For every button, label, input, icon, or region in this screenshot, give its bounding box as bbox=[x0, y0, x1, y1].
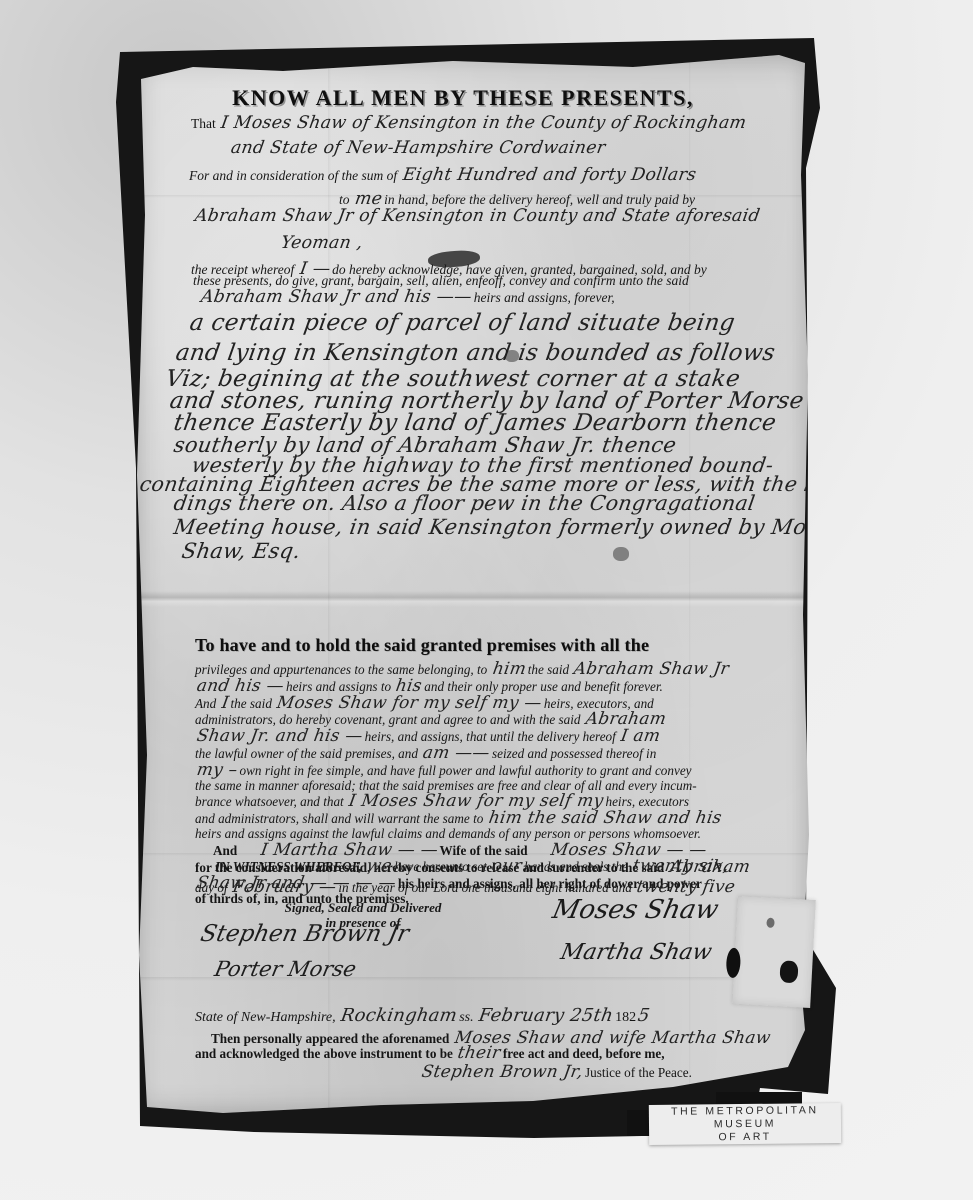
handwritten-text: a certain piece of parcel of land situat… bbox=[186, 310, 739, 336]
handwritten-text: Abraham Shaw Jr bbox=[571, 661, 732, 676]
printed-text: own right in fee simple, and have full p… bbox=[240, 763, 692, 778]
handwritten-text: February 25th bbox=[475, 1005, 616, 1026]
printed-text: ss. bbox=[459, 1010, 477, 1025]
witness-signature: Stephen Brown Jr bbox=[198, 921, 411, 947]
printed-text: hands and seals the bbox=[524, 859, 631, 874]
handwritten-text: I Moses Shaw of Kensington in the County… bbox=[218, 113, 750, 133]
witness-clause-line: IN WITNESS WHEREOF, we have hereunto set… bbox=[215, 855, 731, 875]
intro-line: Yeoman , bbox=[279, 233, 365, 253]
museum-label-line-1: THE METROPOLITAN MUSEUM bbox=[649, 1103, 841, 1131]
museum-label-line-2: OF ART bbox=[718, 1130, 771, 1144]
intro-line: For and in consideration of the sum of E… bbox=[189, 165, 698, 185]
habendum-line: my – own right in fee simple, and have f… bbox=[195, 762, 770, 779]
acknowledgment-line: State of New-Hampshire, Rockingham ss. F… bbox=[195, 1005, 652, 1026]
ink-blot bbox=[505, 350, 519, 362]
handwritten-text: dings there on. Also a floor pew in the … bbox=[170, 491, 759, 515]
handwritten-text: and State of New-Hampshire Cordwainer bbox=[227, 138, 608, 158]
printed-text: these presents, do give, grant, bargain,… bbox=[193, 273, 689, 288]
habendum-line: the lawful owner of the said premises, a… bbox=[195, 745, 770, 762]
intro-line: and State of New-Hampshire Cordwainer bbox=[229, 138, 607, 158]
handwritten-text: our bbox=[489, 855, 526, 875]
acknowledgment-line: and acknowledged the above instrument to… bbox=[195, 1042, 665, 1062]
printed-text: in the year of our Lord one thousand eig… bbox=[338, 880, 635, 895]
handwritten-text: his bbox=[393, 678, 425, 693]
handwritten-text: and his — bbox=[194, 678, 287, 693]
handwritten-text: am —— bbox=[420, 745, 493, 760]
handwritten-text: Yeoman , bbox=[277, 233, 366, 253]
printed-text: brance whatsoever, and that bbox=[195, 794, 347, 809]
printed-text: the said bbox=[231, 696, 276, 711]
handwritten-text: Abraham Shaw Jr and his —— bbox=[197, 287, 475, 307]
printed-text: That bbox=[191, 116, 219, 131]
handwritten-text: Shaw Jr. and his — bbox=[194, 728, 366, 743]
acknowledgment-line: Stephen Brown Jr, Justice of the Peace. bbox=[420, 1061, 692, 1081]
ink-blot bbox=[766, 918, 775, 928]
printed-text: Justice of the Peace. bbox=[585, 1065, 692, 1080]
printed-text: and acknowledged the above instrument to… bbox=[195, 1046, 456, 1061]
party-signature: Martha Shaw bbox=[558, 940, 714, 965]
witness-clause-line: day of February — in the year of our Lor… bbox=[195, 876, 737, 896]
handwritten-text: I bbox=[218, 695, 231, 710]
handwritten-text: their bbox=[455, 1042, 505, 1062]
printed-text: heirs, and assigns, that until the deliv… bbox=[365, 729, 619, 744]
handwritten-text: Abraham Shaw Jr of Kensington in County … bbox=[191, 206, 763, 226]
ink-blot bbox=[613, 547, 629, 561]
printed-text: free act and deed, before me, bbox=[503, 1046, 665, 1061]
ink-blot bbox=[726, 948, 742, 979]
printed-text: 182 bbox=[615, 1010, 636, 1025]
printed-text: heirs and assigns, forever, bbox=[474, 290, 615, 305]
handwritten-text: February — bbox=[229, 876, 340, 896]
handwritten-text: Moses Shaw for my self my — bbox=[274, 695, 545, 710]
handwritten-text: Abraham bbox=[583, 711, 669, 726]
intro-line: Abraham Shaw Jr of Kensington in County … bbox=[193, 206, 762, 226]
deed-paper: KNOW ALL MEN BY THESE PRESENTS, That I M… bbox=[133, 55, 809, 1115]
habendum-heading: To have and to hold the said granted pre… bbox=[195, 635, 770, 656]
handwritten-text: him the said Shaw and his bbox=[485, 810, 724, 825]
handwritten-text: I Moses Shaw for my self my bbox=[346, 793, 607, 808]
handwritten-text: him bbox=[489, 661, 529, 676]
printed-text: IN WITNESS WHEREOF, bbox=[215, 859, 365, 874]
printed-text: seized and possessed thereof in bbox=[492, 746, 656, 761]
printed-text: to bbox=[339, 192, 353, 207]
intro-line: That I Moses Shaw of Kensington in the C… bbox=[191, 113, 748, 133]
witness-signature: Porter Morse bbox=[212, 957, 358, 981]
handwritten-text: 5 bbox=[635, 1005, 654, 1026]
handwritten-text: Shaw, Esq. bbox=[178, 539, 304, 563]
repair-tape-patch bbox=[732, 896, 816, 1008]
handwritten-text: Rockingham bbox=[337, 1005, 460, 1026]
handwritten-text: I am bbox=[618, 728, 664, 743]
party-signature: Moses Shaw bbox=[550, 895, 721, 925]
intro-line: Abraham Shaw Jr and his —— heirs and ass… bbox=[199, 287, 615, 307]
handwritten-text: and lying in Kensington and is bounded a… bbox=[172, 340, 779, 366]
handwritten-text: Meeting house, in said Kensington former… bbox=[170, 515, 845, 539]
handwritten-text: we bbox=[364, 855, 396, 875]
handwritten-text: Eight Hundred and forty Dollars bbox=[399, 165, 699, 185]
museum-credit-label: THE METROPOLITAN MUSEUM OF ART bbox=[649, 1103, 841, 1145]
attestation-line-1: Signed, Sealed and Delivered bbox=[243, 900, 483, 915]
printed-text: have hereunto set bbox=[394, 859, 490, 874]
handwritten-text: my – bbox=[194, 762, 241, 777]
description-line: dings there on. Also a floor pew in the … bbox=[172, 491, 757, 516]
printed-text: day of bbox=[195, 880, 231, 895]
fold-crease bbox=[133, 591, 809, 607]
printed-text: For and in consideration of the sum of bbox=[189, 168, 401, 183]
habendum-line: and administrators, shall and will warra… bbox=[195, 810, 770, 827]
photograph-of-deed: KNOW ALL MEN BY THESE PRESENTS, That I M… bbox=[0, 0, 973, 1200]
printed-text: and administrators, shall and will warra… bbox=[195, 811, 487, 826]
handwritten-text: twenty six, bbox=[630, 855, 733, 875]
handwritten-text: twenty five bbox=[634, 876, 739, 896]
printed-text: the said bbox=[528, 662, 573, 677]
description-line: and lying in Kensington and is bounded a… bbox=[174, 340, 777, 366]
deed-title: KNOW ALL MEN BY THESE PRESENTS, bbox=[183, 85, 743, 111]
habendum-line: And I the said Moses Shaw for my self my… bbox=[195, 695, 770, 712]
printed-text: in hand, before the delivery hereof, wel… bbox=[384, 192, 695, 207]
description-line: a certain piece of parcel of land situat… bbox=[188, 310, 737, 336]
printed-text: State of New-Hampshire, bbox=[195, 1010, 339, 1025]
description-line: Shaw, Esq. bbox=[180, 539, 303, 564]
description-line: Meeting house, in said Kensington former… bbox=[172, 515, 843, 540]
printed-text: And bbox=[195, 696, 220, 711]
handwritten-text: Stephen Brown Jr, bbox=[418, 1061, 586, 1081]
ink-blot bbox=[779, 960, 798, 983]
